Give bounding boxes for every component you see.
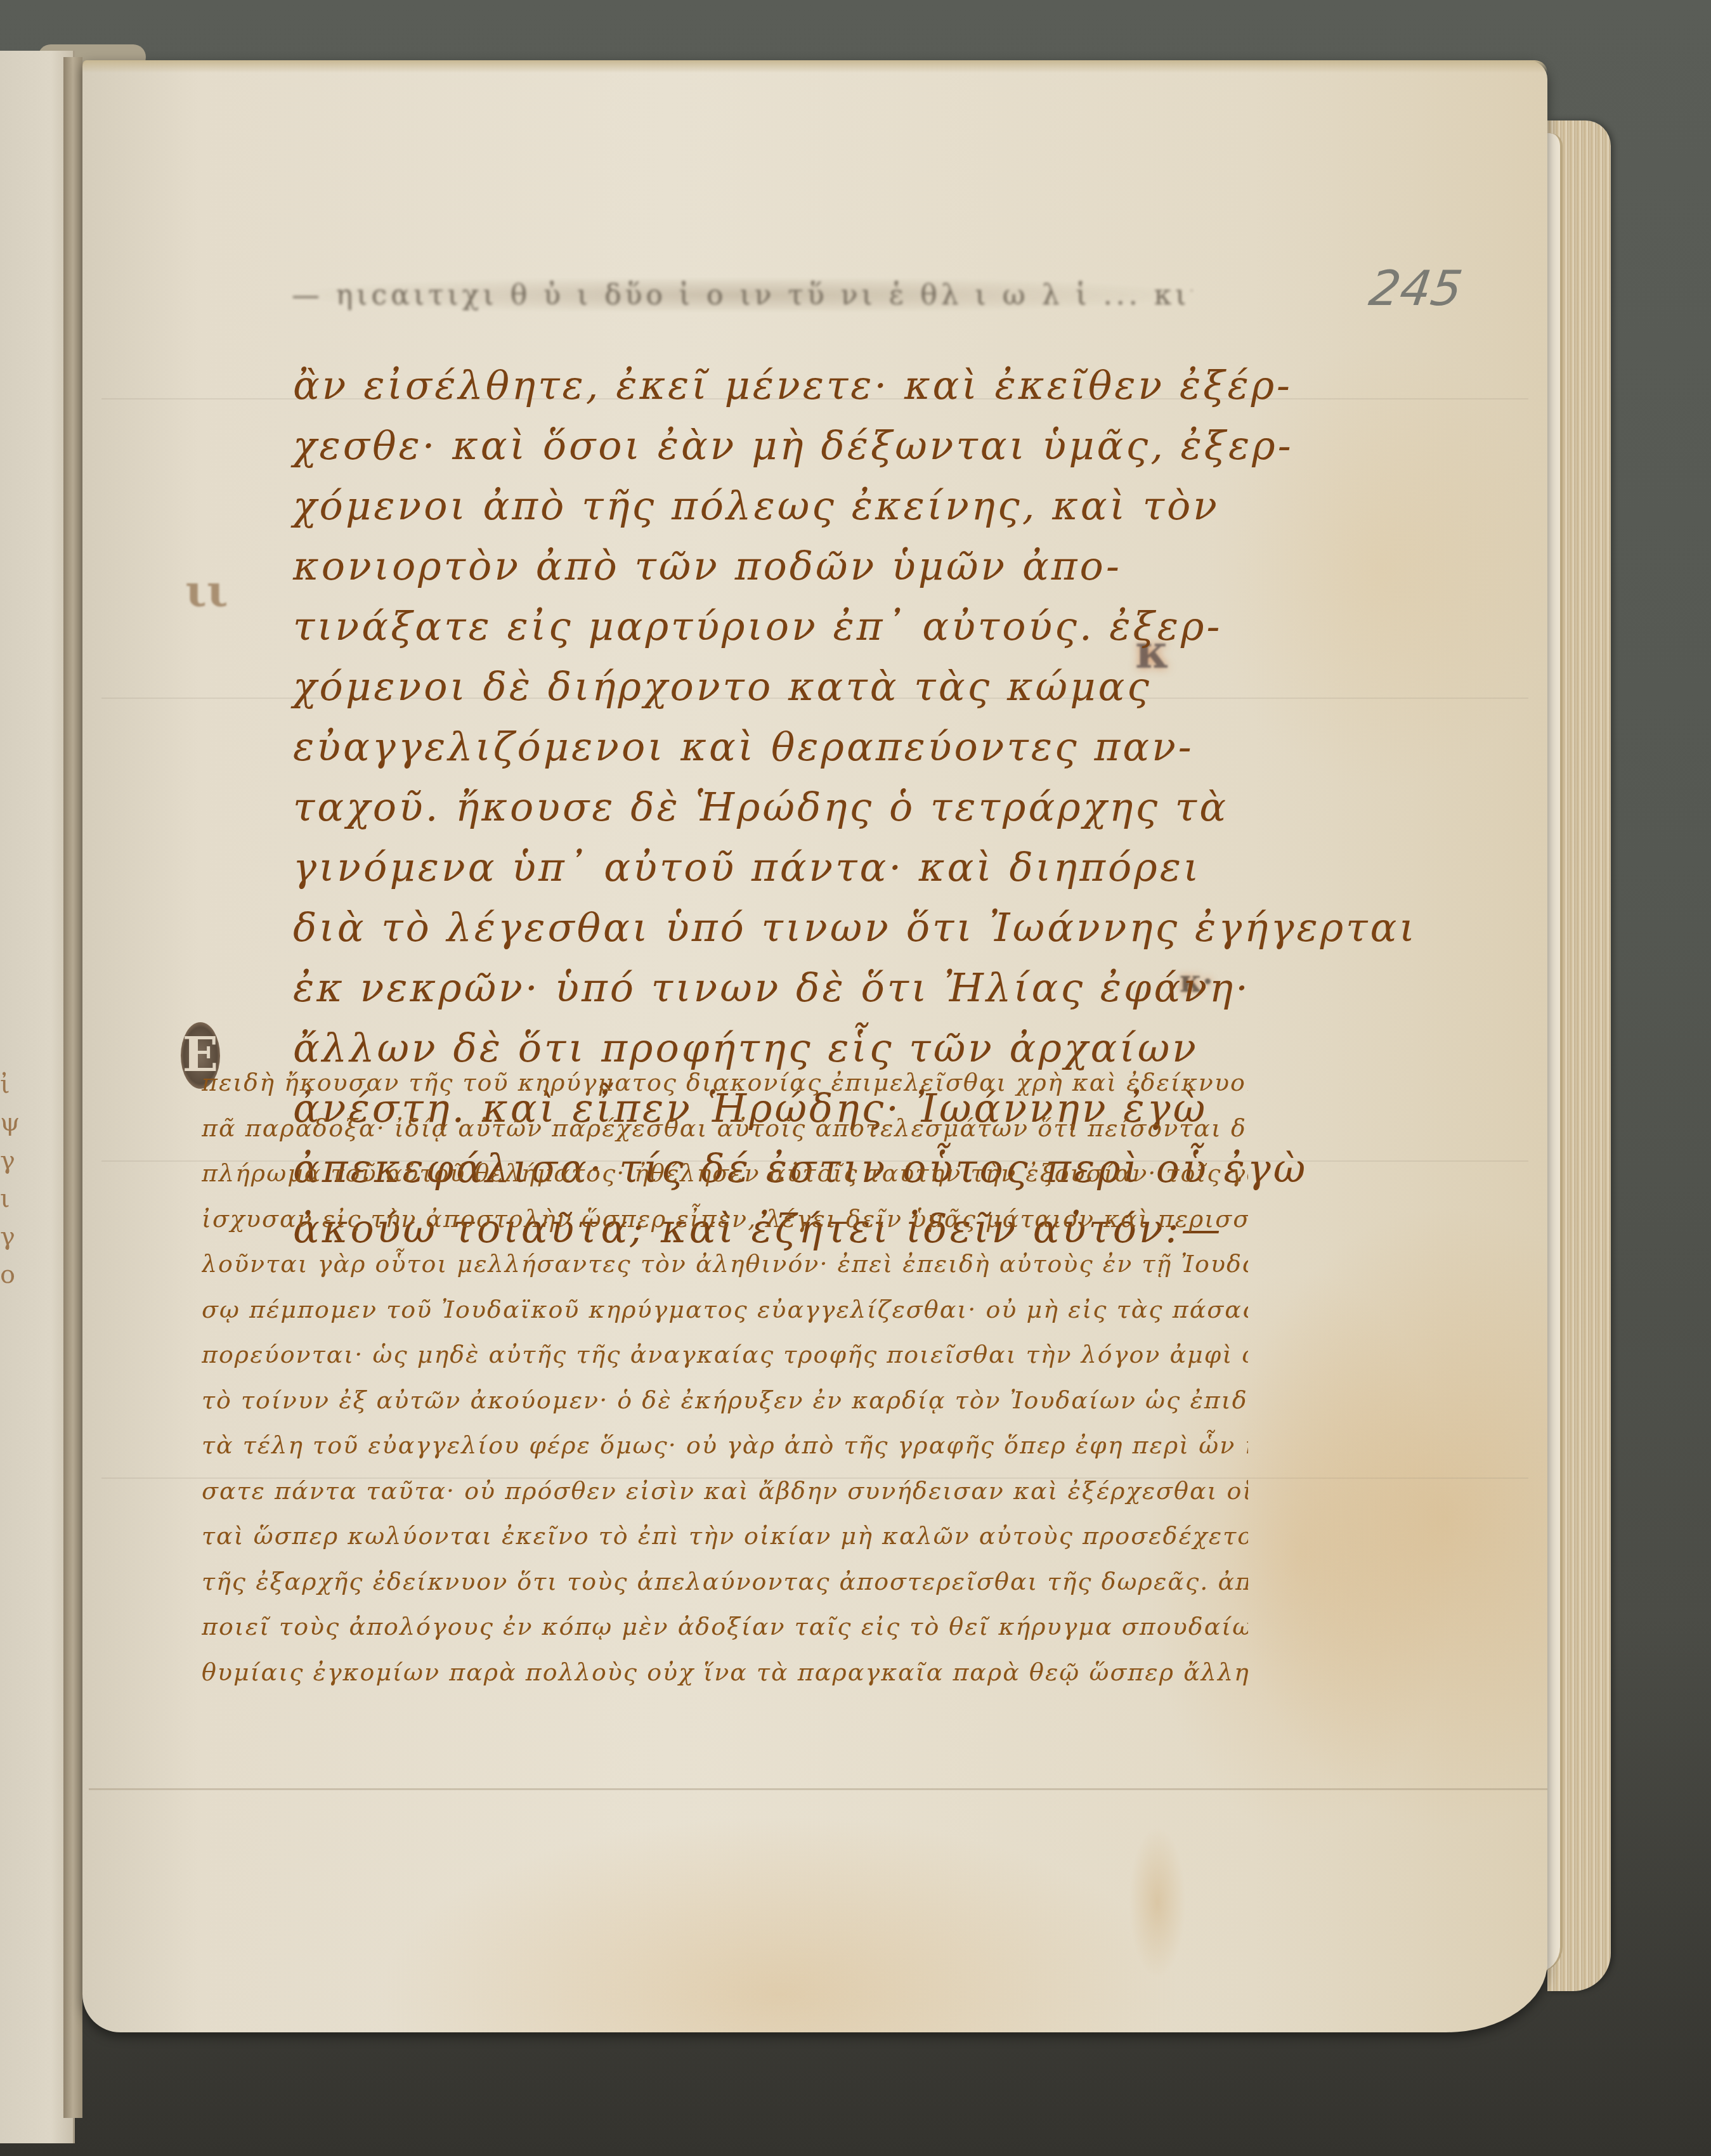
commentary-line: πᾶ παράδοξα· ἰδίᾳ αὐτῶν παρέχεσθαι αὐτοῖ… (202, 1106, 1248, 1152)
left-page-text-fragment: ἰψγιγο (0, 1065, 44, 1294)
commentary-line: σατε πάντα ταῦτα· οὐ πρόσθεν εἰσὶν καὶ ἄ… (202, 1469, 1248, 1514)
commentary-line: σῳ πέμπομεν τοῦ Ἰουδαϊκοῦ κηρύγματος εὐα… (202, 1287, 1248, 1333)
commentary-text-block: πειδὴ ἤκουσαν τῆς τοῦ κηρύγματος διακονί… (202, 1060, 1248, 1695)
text-line: χόμενοι δὲ διήρχοντο κατὰ τὰς κώμας (293, 656, 1232, 717)
text-line: χόμενοι ἀπὸ τῆς πόλεως ἐκείνης, καὶ τὸν (293, 476, 1232, 536)
page-top-edge (82, 60, 1547, 73)
text-line: γινόμενα ὑπ᾽ αὐτοῦ πάντα· καὶ διηπόρει (293, 837, 1232, 897)
text-line: εὐαγγελιζόμενοι καὶ θεραπεύοντες παν- (293, 717, 1232, 777)
text-line: κονιορτὸν ἀπὸ τῶν ποδῶν ὑμῶν ἀπο- (293, 536, 1232, 596)
commentary-line: λοῦνται γὰρ οὗτοι μελλήσαντες τὸν ἀληθιν… (202, 1242, 1248, 1287)
commentary-line: ταὶ ὥσπερ κωλύονται ἐκεῖνο τὸ ἐπὶ τὴν οἰ… (202, 1514, 1248, 1559)
text-line: χεσθε· καὶ ὅσοι ἐὰν μὴ δέξωνται ὑμᾶς, ἐξ… (293, 415, 1232, 476)
text-line: ταχοῦ. ἤκουσε δὲ Ἡρώδης ὁ τετράρχης τὰ (293, 777, 1232, 837)
commentary-line: τὸ τοίνυν ἐξ αὐτῶν ἀκούομεν· ὁ δὲ ἐκήρυξ… (202, 1378, 1248, 1424)
commentary-line: πορεύονται· ὡς μηδὲ αὐτῆς τῆς ἀναγκαίας … (202, 1332, 1248, 1378)
water-stain (1129, 1826, 1186, 1978)
commentary-line: τὰ τέλη τοῦ εὐαγγελίου φέρε ὅμως· οὐ γὰρ… (202, 1423, 1248, 1469)
text-line: διὰ τὸ λέγεσθαι ὑπό τινων ὅτι Ἰωάννης ἐγ… (293, 897, 1232, 958)
running-head: — ηιcαιτιχι θ ὐ ι δὕο ἰ ο ιν τὕ νι ἑ θλ … (292, 279, 1192, 311)
commentary-line: πειδὴ ἤκουσαν τῆς τοῦ κηρύγματος διακονί… (202, 1060, 1248, 1106)
commentary-line: ἰσχυσαν εἰς τὴν ἀποστολὴν ὥσπερ εἶπεν, λ… (202, 1197, 1248, 1242)
commentary-line: πλήρωμα τοῦ αὐτοῦ θελήματος· ἠθέλησεν αὐ… (202, 1151, 1248, 1197)
commentary-line: θυμίαις ἐγκομίων παρὰ πολλοὺς οὐχ ἵνα τὰ… (202, 1650, 1248, 1696)
text-line: ἐκ νεκρῶν· ὑπό τινων δὲ ὅτι Ἠλίας ἐφάνη· (293, 958, 1232, 1018)
gutter-spine (63, 57, 82, 2118)
commentary-line: ποιεῖ τοὺς ἀπολόγους ἐν κόπῳ μὲν ἀδοξίαν… (202, 1604, 1248, 1650)
margin-mark-left: ιι (185, 564, 228, 617)
text-line: ἂν εἰσέλθητε, ἐκεῖ μένετε· καὶ ἐκεῖθεν ἐ… (293, 355, 1232, 415)
commentary-line: τῆς ἐξαρχῆς ἐδείκνυον ὅτι τοὺς ἀπελαύνον… (202, 1559, 1248, 1605)
folio-number: 245 (1366, 260, 1466, 316)
text-line: τινάξατε εἰς μαρτύριον ἐπ᾽ αὐτούς. ἐξερ- (293, 596, 1232, 656)
